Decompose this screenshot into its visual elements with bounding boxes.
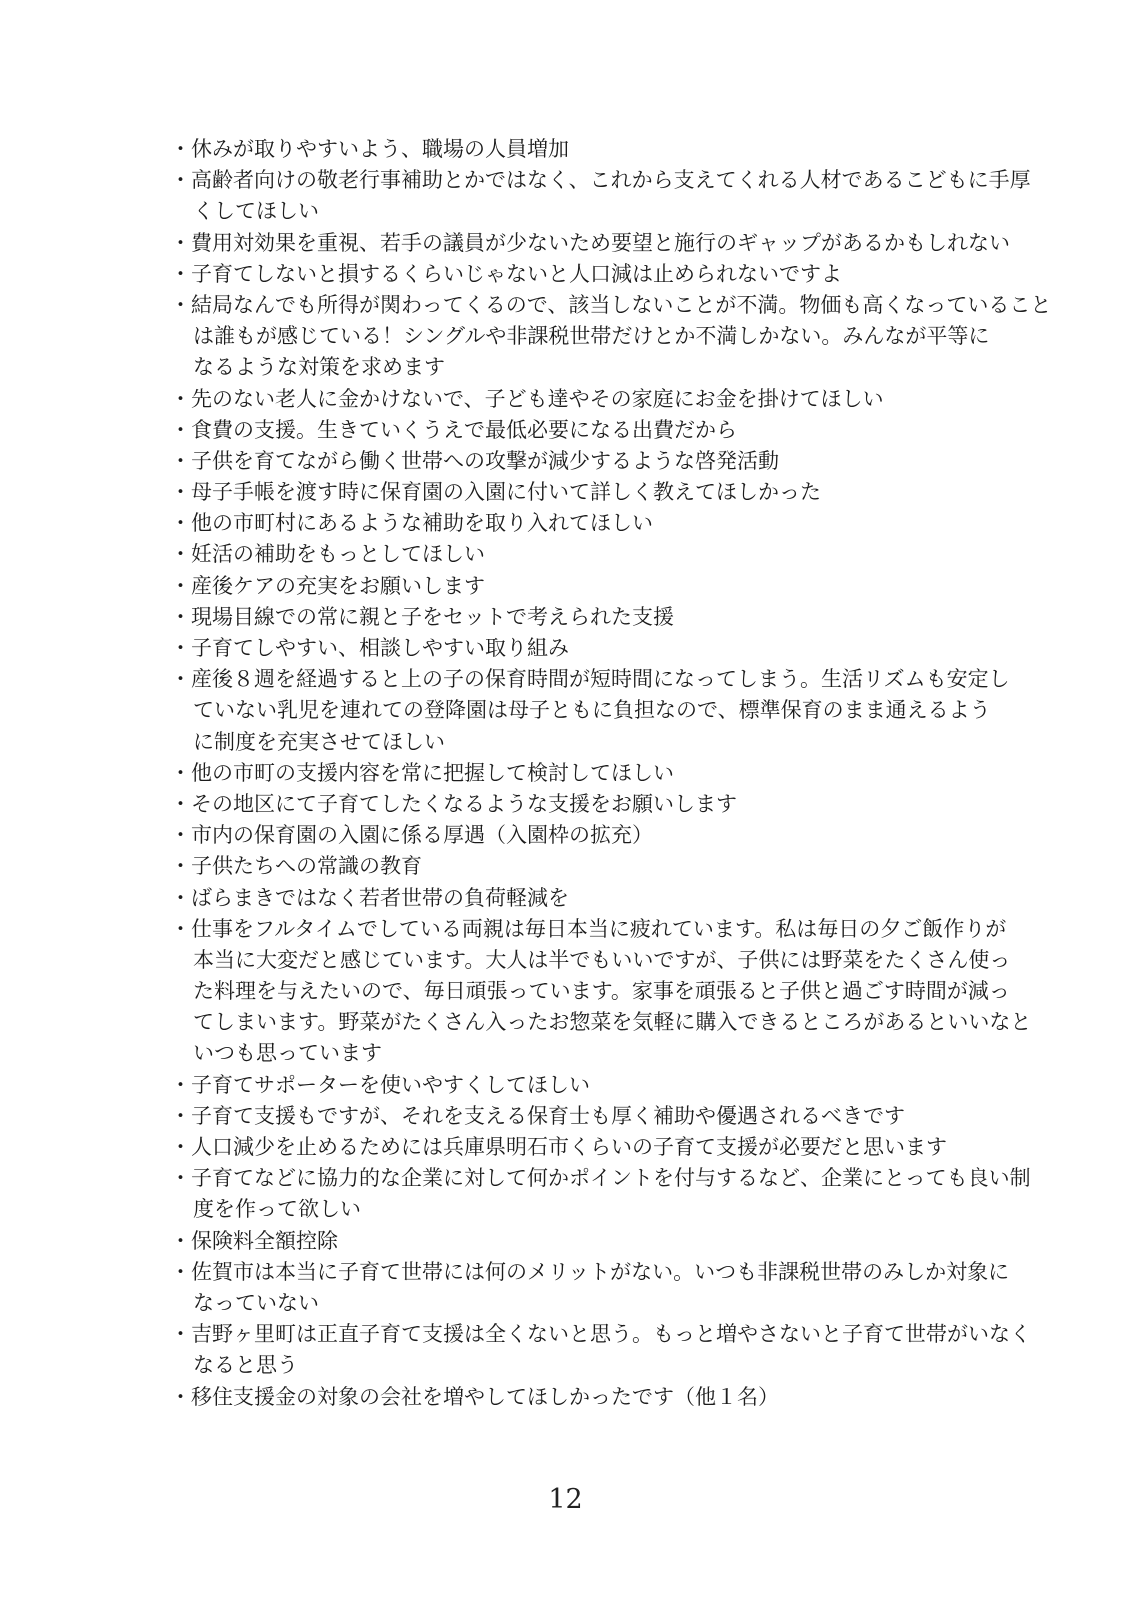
bullet-continuation-line: てしまいます。野菜がたくさん入ったお惣菜を気軽に購入できるところがあるといいなと [170,1007,1020,1038]
bullet-line: ・仕事をフルタイムでしている両親は毎日本当に疲れています。私は毎日の夕ご飯作りが [170,914,1020,945]
bullet-line: ・結局なんでも所得が関わってくるので、該当しないことが不満。物価も高くなっている… [170,290,1020,321]
bullet-line: ・産後ケアの充実をお願いします [170,571,1020,602]
bullet-line: ・市内の保育園の入園に係る厚遇（入園枠の拡充） [170,820,1020,851]
bullet-continuation-line: なっていない [170,1288,1020,1319]
bullet-line: ・佐賀市は本当に子育て世帯には何のメリットがない。いつも非課税世帯のみしか対象に [170,1257,1020,1288]
document-page: ・休みが取りやすいよう、職場の人員増加・高齢者向けの敬老行事補助とかではなく、こ… [0,0,1131,1600]
bullet-continuation-line: に制度を充実させてほしい [170,727,1020,758]
bullet-line: ・先のない老人に金かけないで、子ども達やその家庭にお金を掛けてほしい [170,384,1020,415]
bullet-line: ・吉野ヶ里町は正直子育て支援は全くないと思う。もっと増やさないと子育て世帯がいな… [170,1319,1020,1350]
bullet-line: ・他の市町村にあるような補助を取り入れてほしい [170,508,1020,539]
bullet-line: ・母子手帳を渡す時に保育園の入園に付いて詳しく教えてほしかった [170,477,1020,508]
bullet-line: ・妊活の補助をもっとしてほしい [170,539,1020,570]
bullet-continuation-line: いつも思っています [170,1038,1020,1069]
bullet-line: ・人口減少を止めるためには兵庫県明石市くらいの子育て支援が必要だと思います [170,1132,1020,1163]
bullet-line: ・保険料全額控除 [170,1226,1020,1257]
bullet-line: ・高齢者向けの敬老行事補助とかではなく、これから支えてくれる人材であるこどもに手… [170,165,1020,196]
bullet-line: ・子育てしやすい、相談しやすい取り組み [170,633,1020,664]
bullet-continuation-line: た料理を与えたいので、毎日頑張っています。家事を頑張ると子供と過ごす時間が減っ [170,976,1020,1007]
bullet-continuation-line: くしてほしい [170,196,1020,227]
page-number: 12 [0,1484,1131,1515]
bullet-line: ・ばらまきではなく若者世帯の負荷軽減を [170,883,1020,914]
bullet-line: ・子育て支援もですが、それを支える保育士も厚く補助や優遇されるべきです [170,1101,1020,1132]
bullet-line: ・子供たちへの常識の教育 [170,851,1020,882]
bullet-line: ・移住支援金の対象の会社を増やしてほしかったです（他１名） [170,1382,1020,1413]
bullet-line: ・産後８週を経過すると上の子の保育時間が短時間になってしまう。生活リズムも安定し [170,664,1020,695]
bullet-line: ・休みが取りやすいよう、職場の人員増加 [170,134,1020,165]
bullet-continuation-line: 度を作って欲しい [170,1194,1020,1225]
bullet-line: ・子育てサポーターを使いやすくしてほしい [170,1070,1020,1101]
bullet-line: ・他の市町の支援内容を常に把握して検討してほしい [170,758,1020,789]
opinion-bullet-list: ・休みが取りやすいよう、職場の人員増加・高齢者向けの敬老行事補助とかではなく、こ… [170,134,1020,1413]
bullet-line: ・その地区にて子育てしたくなるような支援をお願いします [170,789,1020,820]
bullet-line: ・食費の支援。生きていくうえで最低必要になる出費だから [170,415,1020,446]
bullet-line: ・子供を育てながら働く世帯への攻撃が減少するような啓発活動 [170,446,1020,477]
bullet-continuation-line: 本当に大変だと感じています。大人は半でもいいですが、子供には野菜をたくさん使っ [170,945,1020,976]
bullet-continuation-line: なるような対策を求めます [170,352,1020,383]
bullet-line: ・費用対効果を重視、若手の議員が少ないため要望と施行のギャップがあるかもしれない [170,228,1020,259]
bullet-line: ・現場目線での常に親と子をセットで考えられた支援 [170,602,1020,633]
bullet-line: ・子育てしないと損するくらいじゃないと人口減は止められないですよ [170,259,1020,290]
bullet-continuation-line: なると思う [170,1350,1020,1381]
bullet-continuation-line: ていない乳児を連れての登降園は母子ともに負担なので、標準保育のまま通えるよう [170,695,1020,726]
bullet-line: ・子育てなどに協力的な企業に対して何かポイントを付与するなど、企業にとっても良い… [170,1163,1020,1194]
bullet-continuation-line: は誰もが感じている！シングルや非課税世帯だけとか不満しかない。みんなが平等に [170,321,1020,352]
